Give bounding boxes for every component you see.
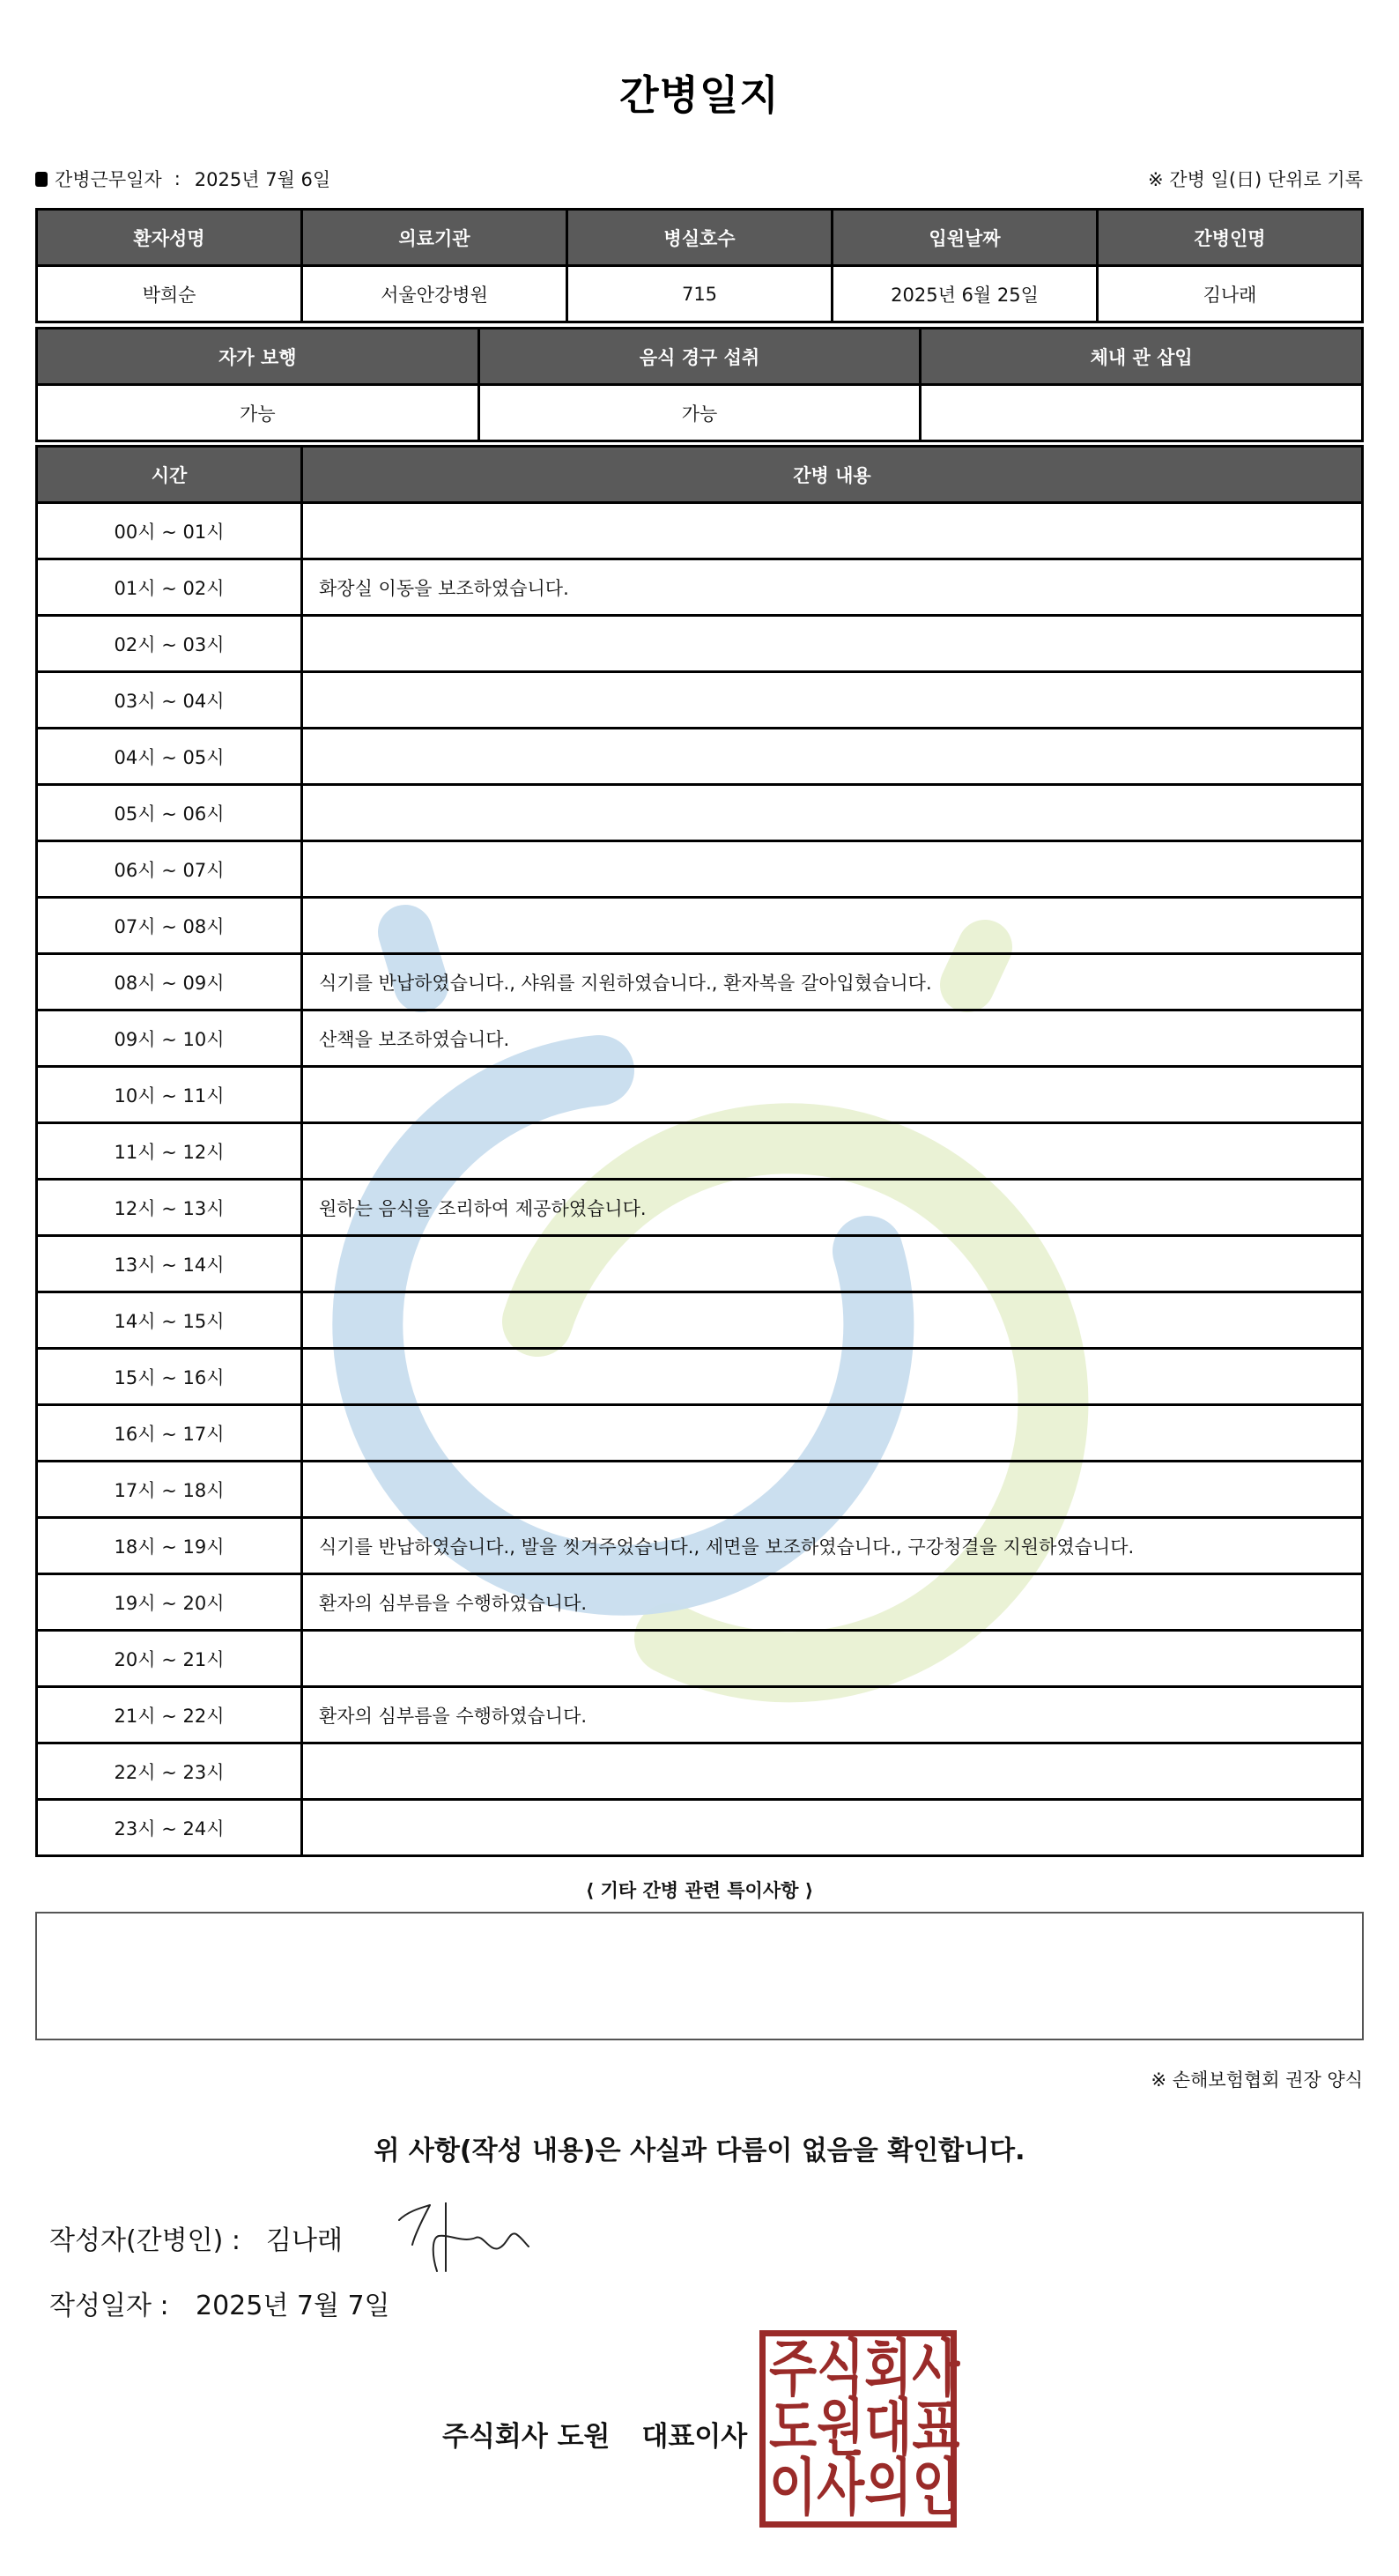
care-content (302, 1067, 1363, 1123)
care-content: 환자의 심부름을 수행하였습니다. (302, 1687, 1363, 1743)
time-slot: 23시 ~ 24시 (37, 1800, 302, 1856)
care-content (302, 729, 1363, 785)
unit-note: ※ 간병 일(日) 단위로 기록 (1148, 166, 1363, 192)
author-label: 작성자(간병인) : (49, 2218, 266, 2257)
header-caregiver-name: 간병인명 (1098, 210, 1363, 266)
care-content: 식기를 반납하였습니다., 발을 씻겨주었습니다., 세면을 보조하였습니다.,… (302, 1518, 1363, 1574)
care-content: 원하는 음식을 조리하여 제공하였습니다. (302, 1180, 1363, 1236)
patient-status-table: 자가 보행 음식 경구 섭취 체내 관 삽입 가능 가능 (35, 327, 1364, 442)
table-row: 09시 ~ 10시산책을 보조하였습니다. (37, 1010, 1363, 1067)
tube-insertion (921, 385, 1363, 441)
care-content: 환자의 심부름을 수행하였습니다. (302, 1574, 1363, 1631)
time-slot: 20시 ~ 21시 (37, 1631, 302, 1687)
stamp-char: 의 (864, 2451, 912, 2525)
table-row: 20시 ~ 21시 (37, 1631, 1363, 1687)
time-slot: 01시 ~ 02시 (37, 559, 302, 616)
time-slot: 21시 ~ 22시 (37, 1687, 302, 1743)
table-row: 12시 ~ 13시원하는 음식을 조리하여 제공하였습니다. (37, 1180, 1363, 1236)
time-slot: 05시 ~ 06시 (37, 785, 302, 841)
time-slot: 02시 ~ 03시 (37, 616, 302, 672)
time-slot: 03시 ~ 04시 (37, 672, 302, 729)
company-seal-stamp: 주식회사도원대표이사의인 (759, 2330, 957, 2528)
table-row: 13시 ~ 14시 (37, 1236, 1363, 1292)
time-slot: 07시 ~ 08시 (37, 898, 302, 954)
time-slot: 22시 ~ 23시 (37, 1743, 302, 1800)
signature-image (395, 2202, 531, 2273)
notes-heading: ⟨ 기타 간병 관련 특이사항 ⟩ (0, 1876, 1399, 1903)
author-line: 작성자(간병인) : 김나래 (49, 2218, 343, 2257)
table-row: 08시 ~ 09시식기를 반납하였습니다., 샤워를 지원하였습니다., 환자복… (37, 954, 1363, 1010)
header-tube-insertion: 체내 관 삽입 (921, 329, 1363, 385)
care-content (302, 503, 1363, 559)
written-date-line: 작성일자 : 2025년 7월 7일 (49, 2284, 390, 2322)
table-row: 19시 ~ 20시환자의 심부름을 수행하였습니다. (37, 1574, 1363, 1631)
care-content (302, 616, 1363, 672)
table-row: 18시 ~ 19시식기를 반납하였습니다., 발을 씻겨주었습니다., 세면을 … (37, 1518, 1363, 1574)
author-name: 김나래 (266, 2218, 343, 2257)
header-admission-date: 입원날짜 (833, 210, 1098, 266)
patient-info-table: 환자성명 의료기관 병실호수 입원날짜 간병인명 박희순 서울안강병원 715 … (35, 208, 1364, 323)
admission-date: 2025년 6월 25일 (833, 266, 1098, 322)
table-row: 14시 ~ 15시 (37, 1292, 1363, 1349)
header-patient-name: 환자성명 (37, 210, 302, 266)
document-title: 간병일지 (0, 63, 1399, 122)
time-slot: 10시 ~ 11시 (37, 1067, 302, 1123)
care-content (302, 1743, 1363, 1800)
table-row: 02시 ~ 03시 (37, 616, 1363, 672)
time-slot: 13시 ~ 14시 (37, 1236, 302, 1292)
care-content (302, 1123, 1363, 1180)
table-row: 17시 ~ 18시 (37, 1462, 1363, 1518)
caregiver-name: 김나래 (1098, 266, 1363, 322)
care-content: 산책을 보조하였습니다. (302, 1010, 1363, 1067)
time-slot: 06시 ~ 07시 (37, 841, 302, 898)
table-row: 04시 ~ 05시 (37, 729, 1363, 785)
written-date-value: 2025년 7월 7일 (196, 2284, 390, 2322)
care-log-table: 시간 간병 내용 00시 ~ 01시01시 ~ 02시화장실 이동을 보조하였습… (35, 445, 1364, 1857)
care-content (302, 672, 1363, 729)
table-row: 23시 ~ 24시 (37, 1800, 1363, 1856)
care-content: 식기를 반납하였습니다., 샤워를 지원하였습니다., 환자복을 갈아입혔습니다… (302, 954, 1363, 1010)
care-content: 화장실 이동을 보조하였습니다. (302, 559, 1363, 616)
table-row: 11시 ~ 12시 (37, 1123, 1363, 1180)
time-slot: 14시 ~ 15시 (37, 1292, 302, 1349)
header-time: 시간 (37, 447, 302, 503)
table-row: 10시 ~ 11시 (37, 1067, 1363, 1123)
table-row: 00시 ~ 01시 (37, 503, 1363, 559)
time-slot: 11시 ~ 12시 (37, 1123, 302, 1180)
care-content (302, 898, 1363, 954)
company-signature-line: 주식회사 도원대표이사 (442, 2414, 747, 2454)
table-row: 21시 ~ 22시환자의 심부름을 수행하였습니다. (37, 1687, 1363, 1743)
care-content (302, 1292, 1363, 1349)
table-row: 07시 ~ 08시 (37, 898, 1363, 954)
work-date-separator: : (174, 168, 181, 189)
care-content (302, 785, 1363, 841)
time-slot: 12시 ~ 13시 (37, 1180, 302, 1236)
header-oral-intake: 음식 경구 섭취 (478, 329, 921, 385)
care-content (302, 1631, 1363, 1687)
care-content (302, 1405, 1363, 1462)
care-content (302, 1462, 1363, 1518)
time-slot: 17시 ~ 18시 (37, 1462, 302, 1518)
time-slot: 00시 ~ 01시 (37, 503, 302, 559)
self-walking: 가능 (37, 385, 479, 441)
time-slot: 18시 ~ 19시 (37, 1518, 302, 1574)
table-row: 15시 ~ 16시 (37, 1349, 1363, 1405)
care-content (302, 1236, 1363, 1292)
time-slot: 09시 ~ 10시 (37, 1010, 302, 1067)
stamp-char: 인 (912, 2451, 959, 2525)
bullet-square-icon (35, 172, 48, 187)
time-slot: 16시 ~ 17시 (37, 1405, 302, 1462)
time-slot: 08시 ~ 09시 (37, 954, 302, 1010)
table-row: 16시 ~ 17시 (37, 1405, 1363, 1462)
table-row: 22시 ~ 23시 (37, 1743, 1363, 1800)
time-slot: 04시 ~ 05시 (37, 729, 302, 785)
table-row: 05시 ~ 06시 (37, 785, 1363, 841)
header-self-walking: 자가 보행 (37, 329, 479, 385)
written-date-label: 작성일자 : (49, 2284, 196, 2322)
care-content (302, 1800, 1363, 1856)
hospital: 서울안강병원 (302, 266, 567, 322)
company-name: 주식회사 도원 (442, 2421, 610, 2453)
time-slot: 19시 ~ 20시 (37, 1574, 302, 1631)
oral-intake: 가능 (478, 385, 921, 441)
stamp-char: 이 (769, 2451, 817, 2525)
header-care-content: 간병 내용 (302, 447, 1363, 503)
table-row: 03시 ~ 04시 (37, 672, 1363, 729)
company-title: 대표이사 (641, 2421, 747, 2453)
care-content (302, 1349, 1363, 1405)
header-room-number: 병실호수 (567, 210, 833, 266)
table-row: 06시 ~ 07시 (37, 841, 1363, 898)
patient-name: 박희순 (37, 266, 302, 322)
time-slot: 15시 ~ 16시 (37, 1349, 302, 1405)
work-date-value: 2025년 7월 6일 (195, 166, 330, 192)
notes-box (35, 1912, 1364, 2040)
work-date-label: 간병근무일자 (55, 166, 162, 192)
stamp-inner: 주식회사도원대표이사의인 (766, 2336, 951, 2521)
header-hospital: 의료기관 (302, 210, 567, 266)
work-date: 간병근무일자 : 2025년 7월 6일 (35, 166, 330, 192)
confirmation-statement: 위 사항(작성 내용)은 사실과 다름이 없음을 확인합니다. (0, 2128, 1399, 2167)
form-source-note: ※ 손해보험협회 권장 양식 (1151, 2066, 1363, 2092)
care-content (302, 841, 1363, 898)
room-number: 715 (567, 266, 833, 322)
table-row: 01시 ~ 02시화장실 이동을 보조하였습니다. (37, 559, 1363, 616)
stamp-char: 사 (817, 2451, 864, 2525)
